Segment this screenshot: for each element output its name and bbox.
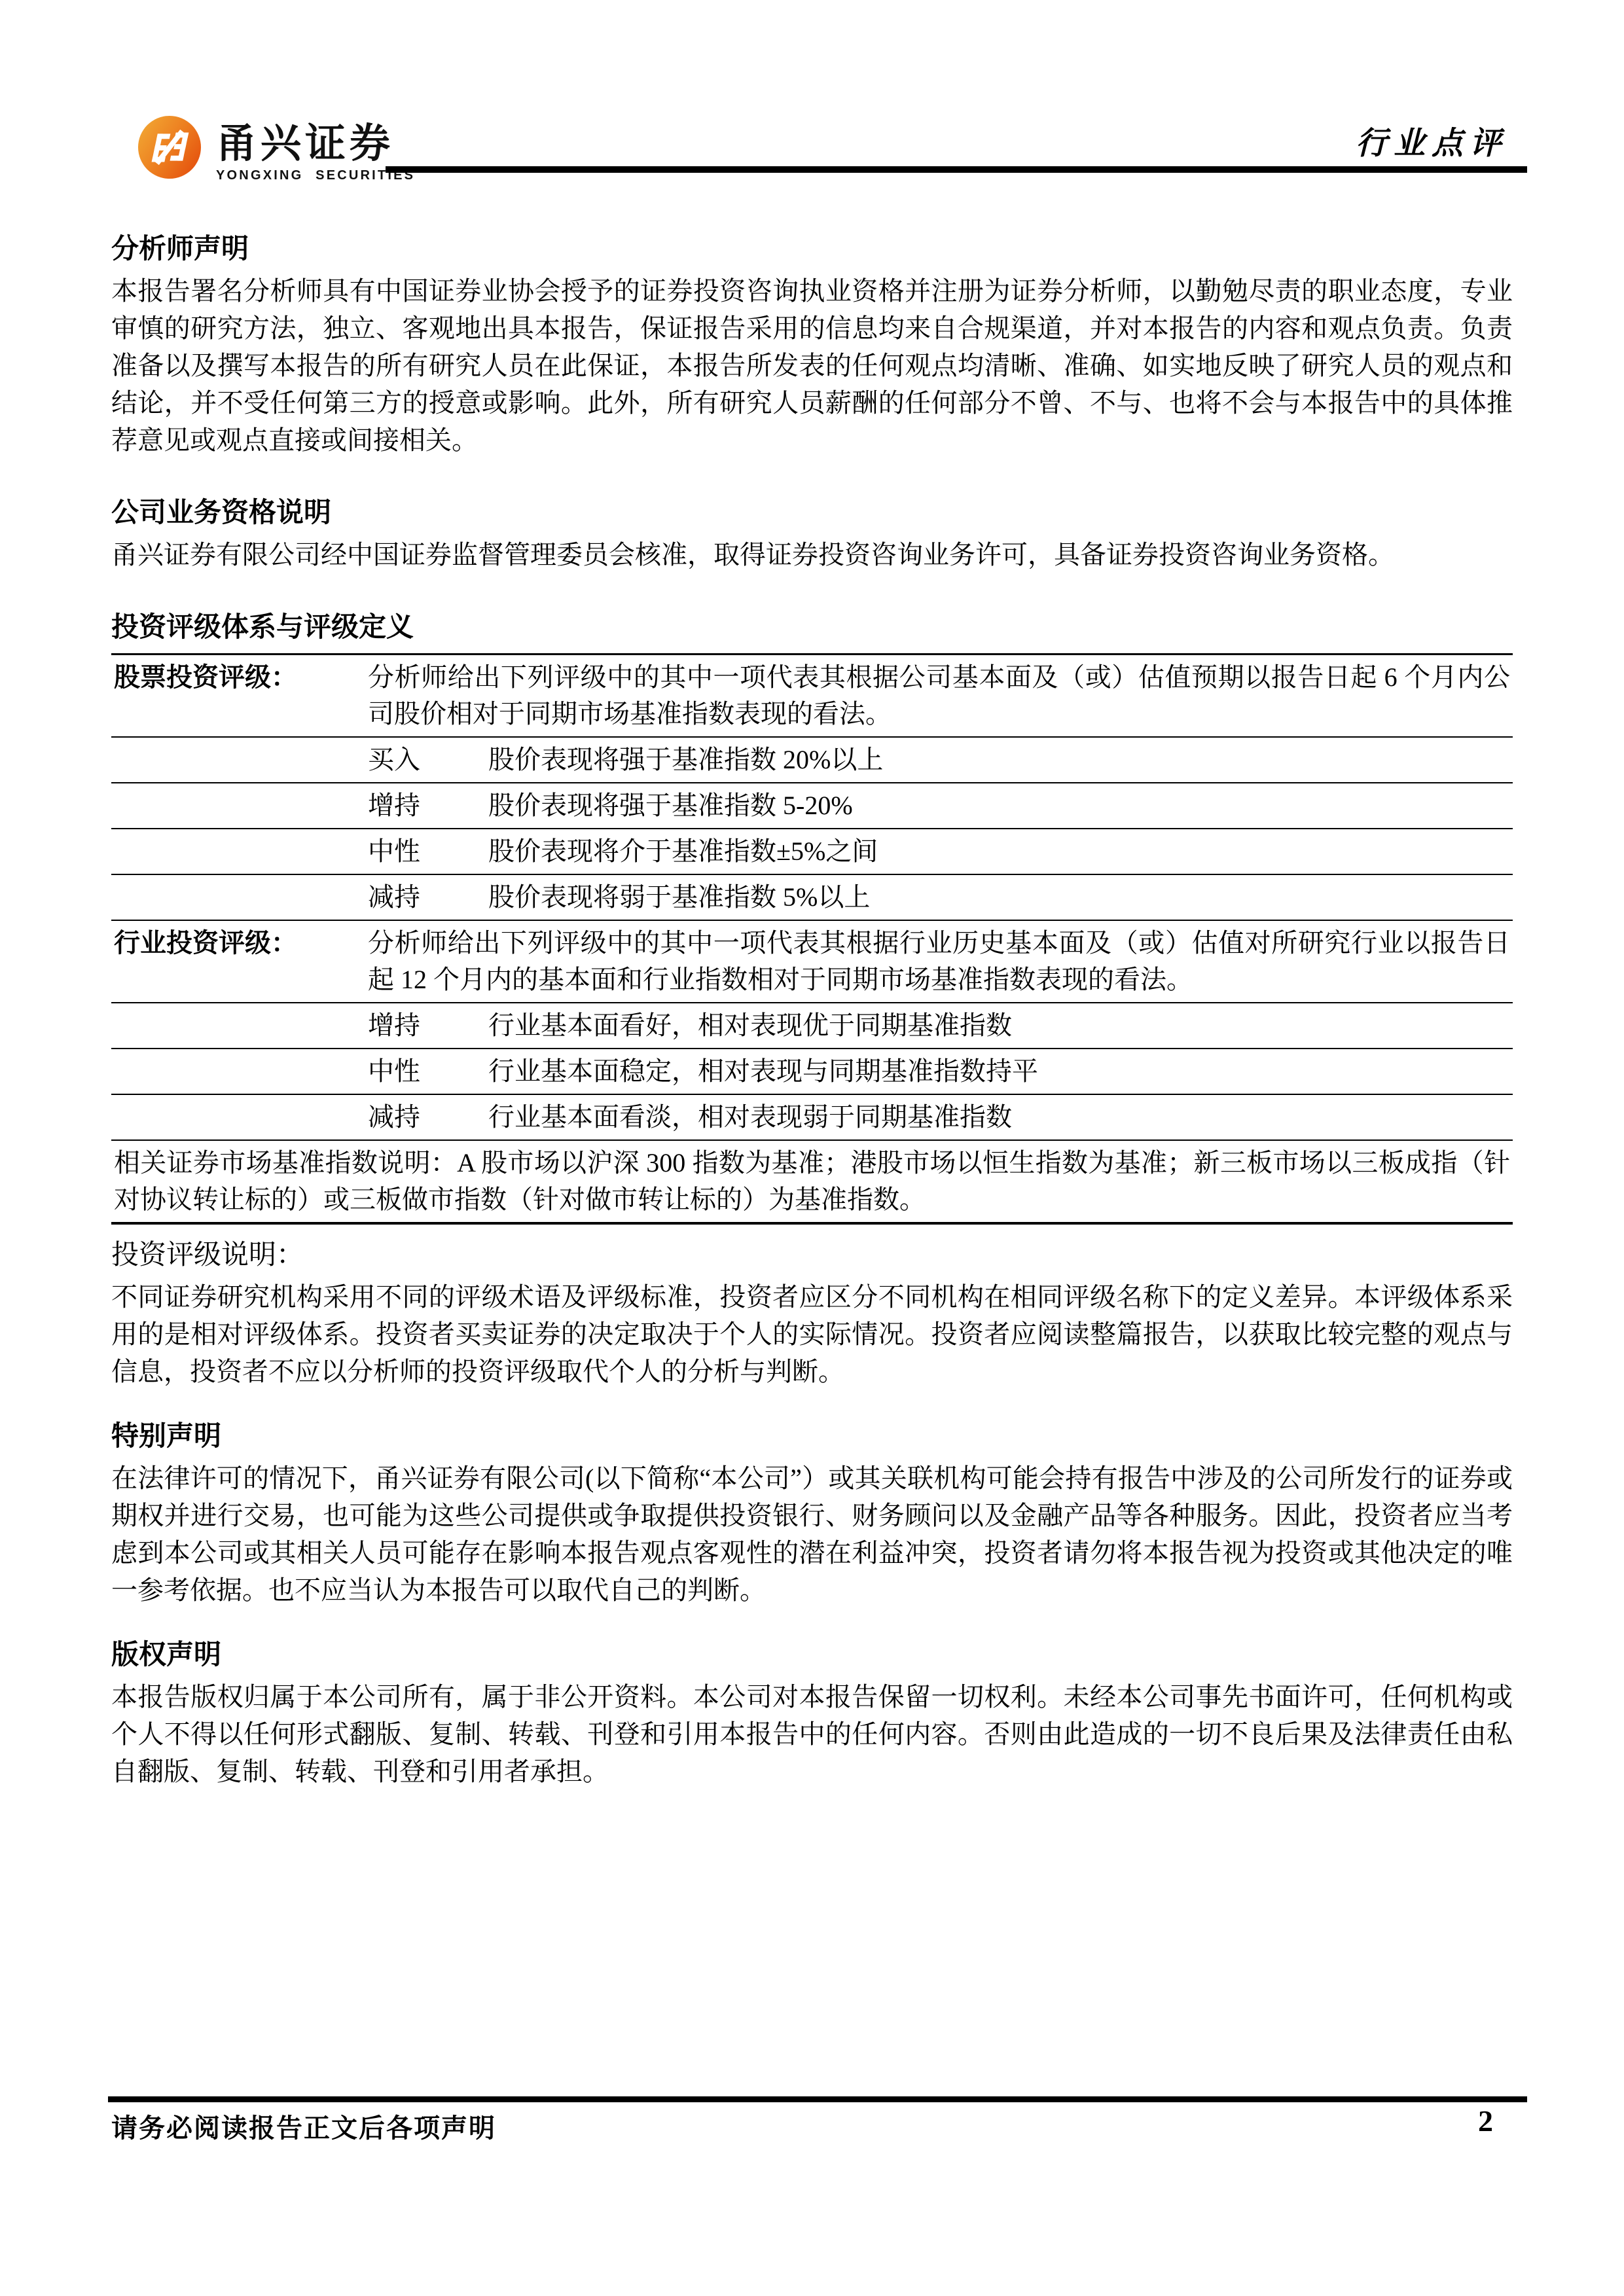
section-heading-rating-note: 投资评级说明： [111,1239,1513,1272]
rating-name: 减持 [365,1094,486,1140]
rating-definition-table: 股票投资评级： 分析师给出下列评级中的其中一项代表其根据公司基本面及（或）估值预… [111,653,1513,1225]
table-row: 相关证券市场基准指数说明：A 股市场以沪深 300 指数为基准；港股市场以恒生指… [111,1140,1513,1223]
section-heading-special: 特别声明 [111,1420,1513,1453]
footer-divider [108,2096,1527,2102]
footer-disclaimer: 请务必阅读报告正文后各项声明 [111,2108,496,2145]
page-content: 分析师声明 本报告署名分析师具有中国证券业协会授予的证券投资咨询执业资格并注册为… [111,233,1513,1790]
header-divider [386,166,1527,173]
table-row: 买入 股价表现将强于基准指数 20%以上 [111,737,1513,783]
section-heading-qualification: 公司业务资格说明 [111,497,1513,529]
report-type-label: 行业点评 [1356,118,1507,163]
industry-rating-definition: 分析师给出下列评级中的其中一项代表其根据行业历史基本面及（或）估值对所研究行业以… [365,920,1513,1003]
rating-name: 增持 [365,783,486,829]
section-heading-copyright: 版权声明 [111,1639,1513,1672]
table-row: 增持 股价表现将强于基准指数 5-20% [111,783,1513,829]
copyright-text: 本报告版权归属于本公司所有，属于非公开资料。本公司对本报告保留一切权利。未经本公… [111,1678,1513,1790]
qualification-text: 甬兴证券有限公司经中国证券监督管理委员会核准，取得证券投资咨询业务许可，具备证券… [111,536,1513,573]
rating-name: 减持 [365,874,486,920]
analyst-statement-text: 本报告署名分析师具有中国证券业协会授予的证券投资咨询执业资格并注册为证券分析师，… [111,272,1513,459]
stock-rating-label: 股票投资评级： [111,655,365,738]
yongxing-logo-icon [137,115,202,179]
table-row: 中性 股价表现将介于基准指数±5%之间 [111,829,1513,874]
rating-note-text: 不同证券研究机构采用不同的评级术语及评级标准，投资者应区分不同机构在相同评级名称… [111,1278,1513,1390]
brand-block: 甬兴证券 YONGXING SECURITIES [216,123,415,183]
table-row: 减持 股价表现将弱于基准指数 5%以上 [111,874,1513,920]
stock-rating-definition: 分析师给出下列评级中的其中一项代表其根据公司基本面及（或）估值预期以报告日起 6… [365,655,1513,738]
rating-desc: 股价表现将弱于基准指数 5%以上 [486,874,1513,920]
table-row: 中性 行业基本面稳定，相对表现与同期基准指数持平 [111,1049,1513,1094]
rating-desc: 股价表现将强于基准指数 5-20% [486,783,1513,829]
section-heading-analyst: 分析师声明 [111,233,1513,266]
rating-desc: 行业基本面看淡，相对表现弱于同期基准指数 [486,1094,1513,1140]
rating-desc: 股价表现将强于基准指数 20%以上 [486,737,1513,783]
table-row: 减持 行业基本面看淡，相对表现弱于同期基准指数 [111,1094,1513,1140]
rating-desc: 行业基本面看好，相对表现优于同期基准指数 [486,1003,1513,1049]
benchmark-note: 相关证券市场基准指数说明：A 股市场以沪深 300 指数为基准；港股市场以恒生指… [111,1140,1513,1223]
table-row: 增持 行业基本面看好，相对表现优于同期基准指数 [111,1003,1513,1049]
brand-name-cn: 甬兴证券 [216,123,415,165]
rating-name: 中性 [365,1049,486,1094]
table-row: 行业投资评级： 分析师给出下列评级中的其中一项代表其根据行业历史基本面及（或）估… [111,920,1513,1003]
rating-name: 买入 [365,737,486,783]
rating-desc: 股价表现将介于基准指数±5%之间 [486,829,1513,874]
report-page: 甬兴证券 YONGXING SECURITIES 行业点评 分析师声明 本报告署… [0,0,1624,2296]
rating-name: 中性 [365,829,486,874]
page-number: 2 [1478,2104,1493,2138]
rating-desc: 行业基本面稳定，相对表现与同期基准指数持平 [486,1049,1513,1094]
section-heading-rating-system: 投资评级体系与评级定义 [111,611,1513,644]
table-row: 股票投资评级： 分析师给出下列评级中的其中一项代表其根据公司基本面及（或）估值预… [111,655,1513,738]
industry-rating-label: 行业投资评级： [111,920,365,1003]
rating-name: 增持 [365,1003,486,1049]
special-statement-text: 在法律许可的情况下，甬兴证券有限公司(以下简称“本公司”）或其关联机构可能会持有… [111,1460,1513,1609]
